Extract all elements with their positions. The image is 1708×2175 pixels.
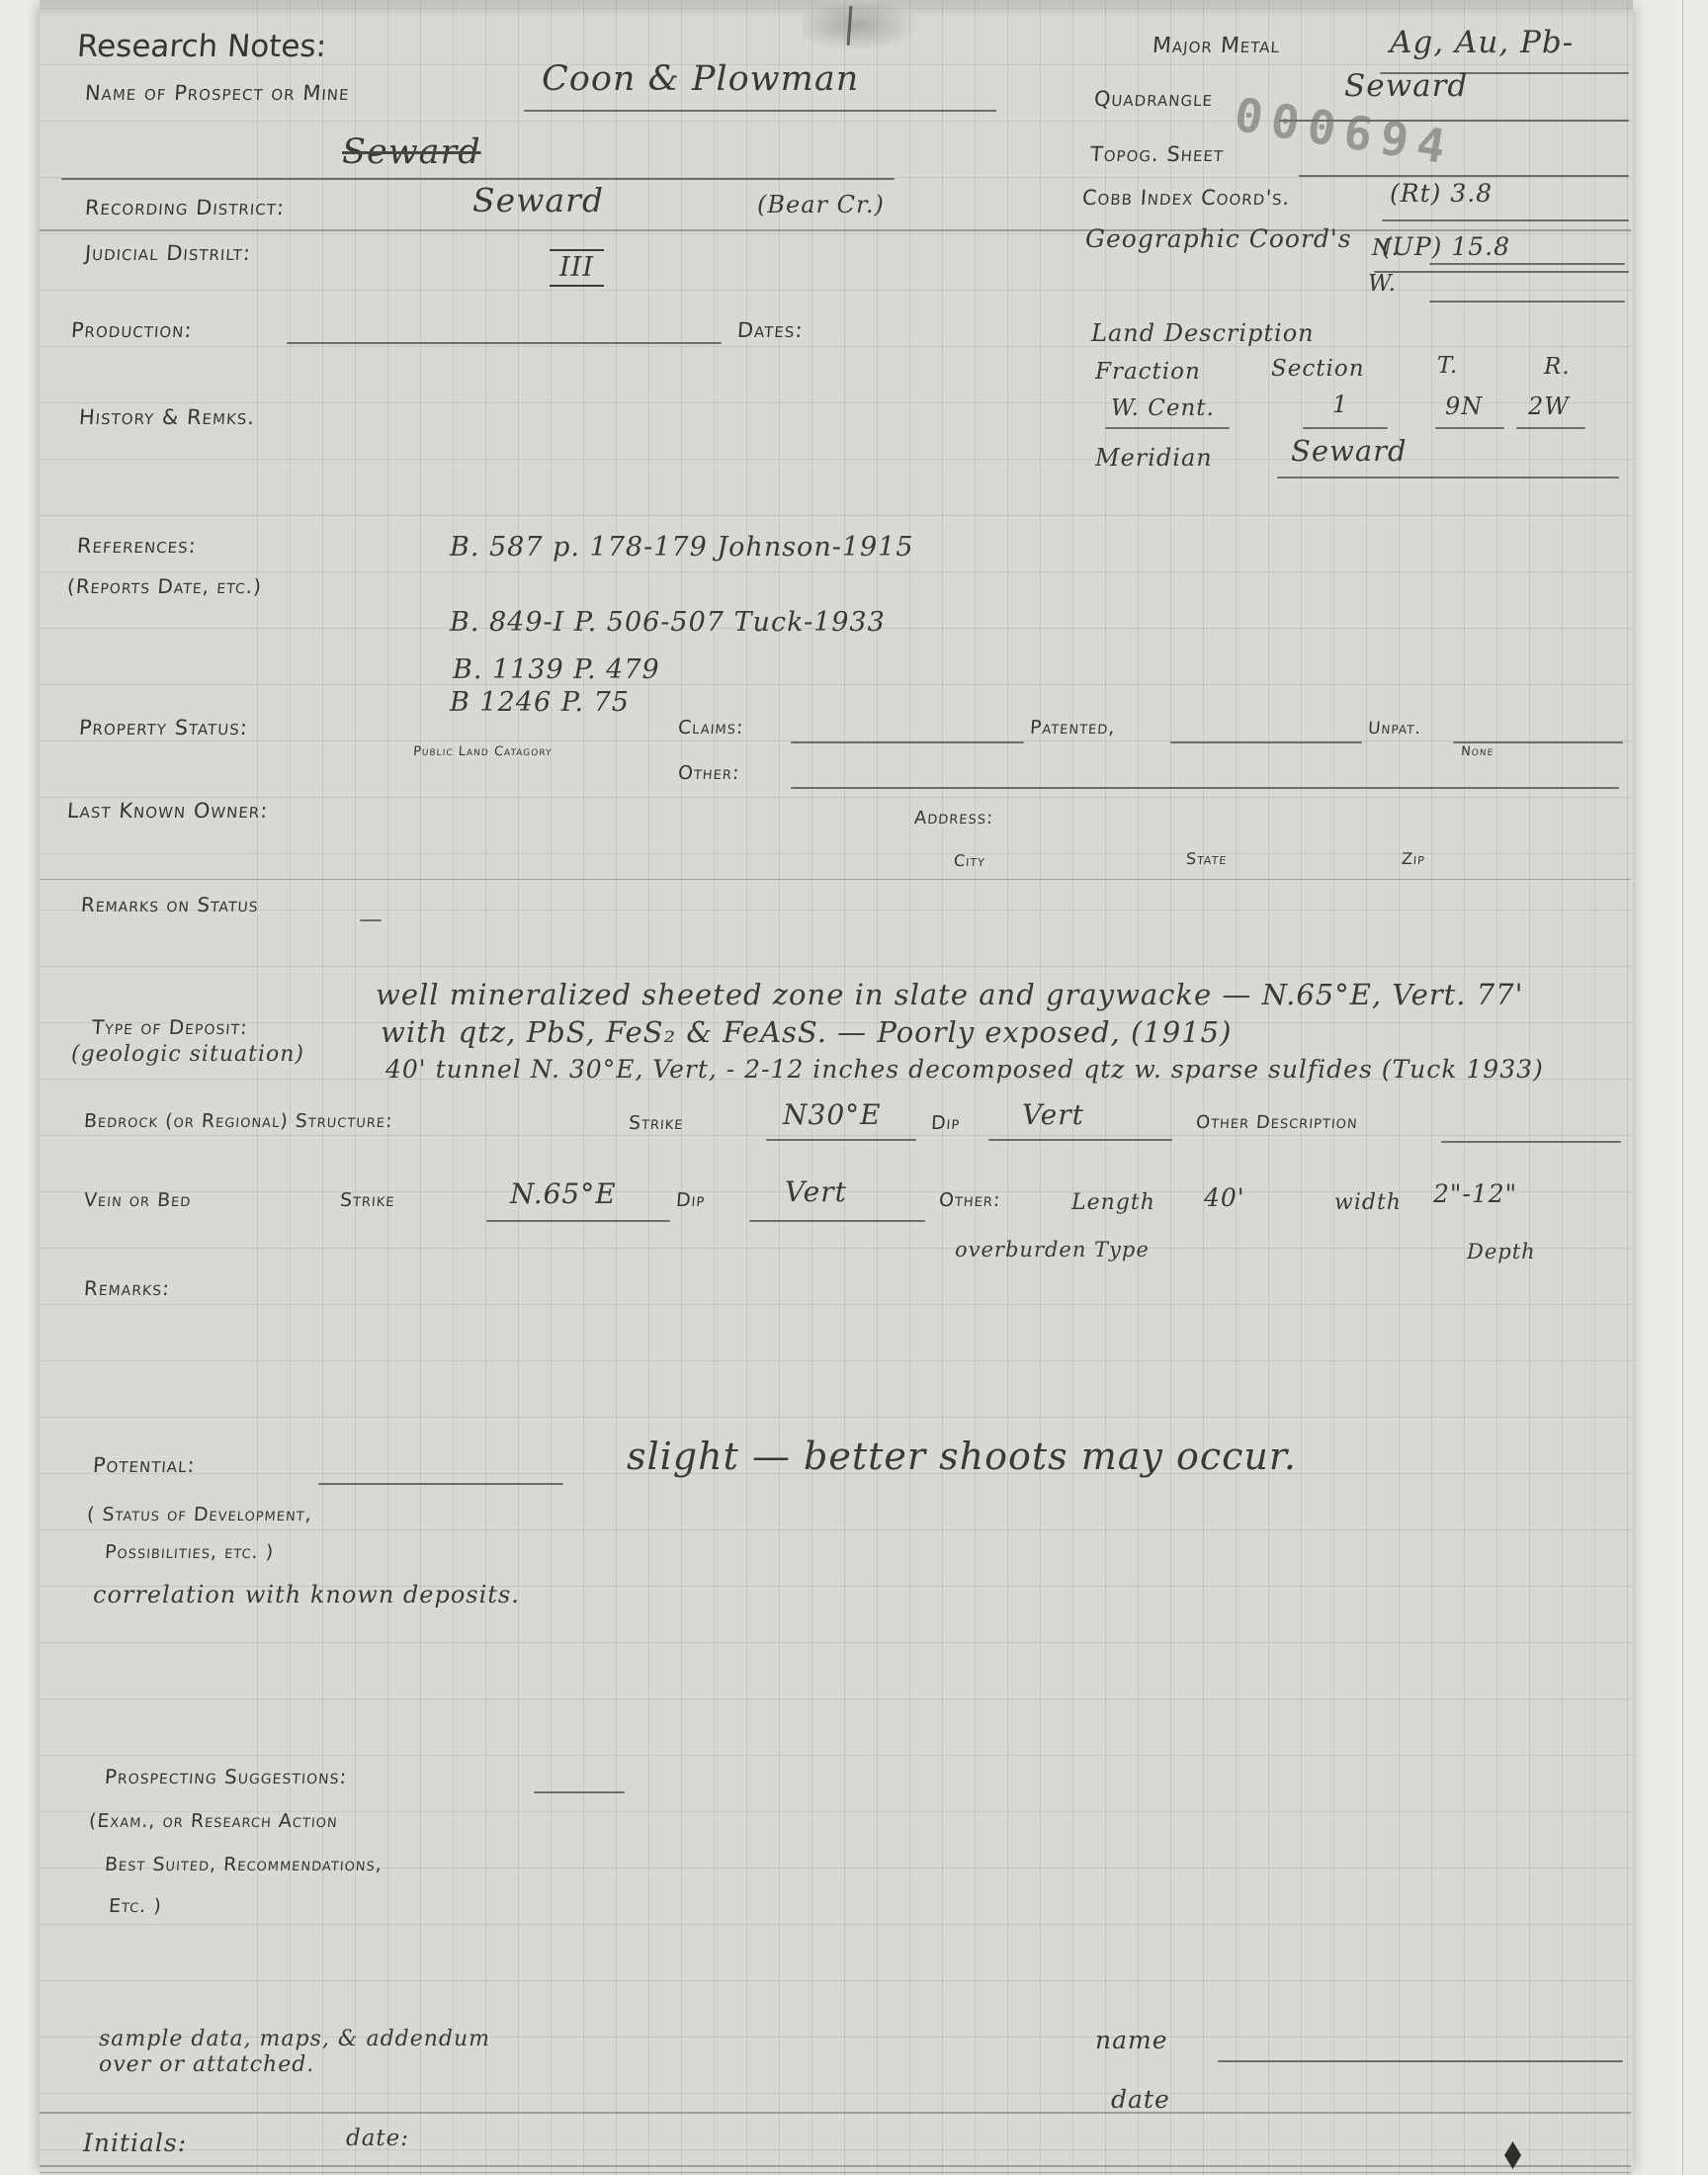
- footer-name-label: name: [1095, 2027, 1168, 2055]
- deposit-description-line3: 40' tunnel N. 30°E, Vert, - 2-12 inches …: [385, 1056, 1544, 1085]
- vein-other-label: Other:: [938, 1190, 1001, 1212]
- quadrangle-value: Seward: [1344, 69, 1468, 105]
- reference-item: B. 587 p. 178-179 Johnson-1915: [450, 532, 914, 563]
- state-label: State: [1185, 850, 1228, 868]
- range-label: R.: [1544, 354, 1571, 380]
- geo-w-line: [1429, 301, 1625, 303]
- potential-sub3: correlation with known deposits.: [93, 1582, 520, 1609]
- fraction-underline: [1105, 427, 1230, 429]
- grid-vertical-lines: [257, 0, 1631, 2175]
- length-label: Length: [1071, 1190, 1155, 1215]
- prospecting-sub1: (Exam., or Research Action: [88, 1811, 338, 1833]
- form-title: Research Notes:: [76, 30, 328, 65]
- cobb-index-rt-value: (Rt) 3.8: [1390, 180, 1493, 209]
- judicial-district-label: Judicial Distrilt:: [84, 241, 252, 265]
- city-label: City: [953, 852, 985, 870]
- address-label: Address:: [913, 809, 994, 829]
- potential-value: slight — better shoots may occur.: [627, 1435, 1297, 1479]
- range-value: 2W: [1528, 393, 1570, 421]
- bedrock-dip-label: Dip: [930, 1113, 961, 1135]
- vein-strike-underline: [486, 1220, 670, 1222]
- last-known-owner-label: Last Known Owner:: [66, 799, 269, 823]
- scanned-research-notes-form: Research Notes: Name of Prospect or Mine…: [0, 0, 1708, 2175]
- vein-strike-label: Strike: [339, 1190, 395, 1212]
- township-underline: [1435, 427, 1504, 429]
- range-underline: [1516, 427, 1585, 429]
- bedrock-strike-value: N30°E: [783, 1099, 882, 1131]
- geographic-coords-n: N.: [1372, 235, 1400, 261]
- vein-dip-label: Dip: [675, 1190, 706, 1212]
- width-label: width: [1334, 1190, 1402, 1215]
- bedrock-structure-label: Bedrock (or Regional) Structure:: [83, 1111, 393, 1133]
- width-value: 2"-12": [1433, 1180, 1517, 1209]
- property-status-label: Property Status:: [78, 716, 249, 739]
- ruled-line: [40, 879, 1631, 880]
- scanner-background-right: [1633, 0, 1708, 2175]
- footer-name-line: [1218, 2060, 1623, 2062]
- vein-dip-underline: [749, 1220, 925, 1222]
- initials-date-label: date:: [346, 2126, 409, 2151]
- geo-n-line: [1429, 263, 1625, 265]
- reference-item: B 1246 P. 75: [450, 687, 630, 718]
- production-line: [287, 342, 722, 344]
- other-line: [791, 787, 1619, 789]
- geographic-coords-w: W.: [1368, 271, 1397, 297]
- reference-item: B. 849-I P. 506-507 Tuck-1933: [450, 607, 886, 638]
- topog-sheet-label: Topog. Sheet: [1089, 142, 1225, 166]
- prospect-name-value: Coon & Plowman: [542, 59, 859, 99]
- claims-label: Claims:: [677, 718, 744, 739]
- ruled-line: [40, 2165, 1631, 2167]
- references-label: References:: [76, 534, 198, 558]
- other-label: Other:: [677, 763, 740, 785]
- potential-sub1: ( Status of Development,: [86, 1505, 312, 1526]
- ruled-line: [40, 229, 1631, 231]
- vein-strike-value: N.65°E: [510, 1178, 617, 1210]
- major-metal-value: Ag, Au, Pb-: [1390, 26, 1574, 61]
- bedrock-strike-underline: [766, 1139, 916, 1141]
- remarks-on-status-label: Remarks on Status: [80, 894, 259, 916]
- blank-line: [61, 178, 895, 180]
- patented-label: Patented,: [1029, 718, 1116, 739]
- references-sublabel: (Reports Date, etc.): [66, 575, 263, 598]
- judicial-district-value: III: [550, 249, 604, 287]
- meridian-value: Seward: [1291, 435, 1408, 468]
- pen-smudge: [803, 4, 921, 51]
- overburden-type-label: overburden Type: [955, 1238, 1150, 1261]
- other-description-label: Other Description: [1195, 1113, 1358, 1134]
- section-value: 1: [1332, 391, 1348, 419]
- vein-or-bed-label: Vein or Bed: [83, 1190, 192, 1212]
- sample-data-note-line1: sample data, maps, & addendum: [99, 2027, 490, 2051]
- land-description-title: Land Description: [1091, 320, 1315, 348]
- recording-district-note: (Bear Cr.): [757, 192, 885, 219]
- ruled-line: [40, 2172, 1631, 2173]
- type-of-deposit-sublabel: (geologic situation): [71, 1042, 304, 1067]
- bedrock-strike-label: Strike: [628, 1113, 684, 1135]
- recording-district-label: Recording District:: [84, 196, 286, 219]
- claims-line: [791, 741, 1024, 743]
- township-value: 9N: [1445, 393, 1483, 421]
- topog-sheet-underline: [1299, 175, 1629, 177]
- meridian-underline: [1277, 477, 1619, 478]
- deposit-description-line2: with qtz, PbS, FeS₂ & FeAsS. — Poorly ex…: [381, 1016, 1232, 1049]
- ruled-line: [40, 2112, 1631, 2114]
- potential-line: [318, 1483, 563, 1485]
- zip-label: Zip: [1401, 850, 1425, 868]
- patented-line: [1170, 741, 1362, 743]
- length-value: 40': [1204, 1184, 1245, 1213]
- scanner-background-left: [0, 0, 40, 2175]
- cobb-index-up-value: (UP) 15.8: [1382, 233, 1510, 262]
- fraction-value: W. Cent.: [1111, 395, 1215, 421]
- crossed-out-entry: Seward: [342, 132, 481, 172]
- public-land-catagory-label: Public Land Catagory: [412, 745, 552, 760]
- deposit-description-line1: well mineralized sheeted zone in slate a…: [376, 979, 1524, 1011]
- remarks-on-status-dash: [360, 919, 382, 921]
- meridian-label: Meridian: [1095, 445, 1213, 473]
- bedrock-dip-underline: [988, 1139, 1172, 1141]
- reference-item: B. 1139 P. 479: [453, 654, 660, 685]
- prospecting-sub2: Best Suited, Recommendations,: [104, 1855, 383, 1876]
- potential-label: Potential:: [92, 1453, 196, 1477]
- quadrangle-label: Quadrangle: [1093, 87, 1214, 111]
- geographic-coords-label: Geographic Coord's: [1085, 225, 1352, 254]
- prospecting-sub3: Etc. ): [108, 1896, 162, 1918]
- potential-sub2: Possibilities, etc. ): [104, 1542, 275, 1564]
- prospect-name-label: Name of Prospect or Mine: [84, 81, 350, 105]
- other-description-line: [1441, 1141, 1621, 1143]
- dates-label: Dates:: [736, 318, 804, 342]
- production-label: Production:: [70, 318, 193, 342]
- initials-label: Initials:: [83, 2130, 187, 2158]
- unpat-line: [1453, 741, 1623, 743]
- paper-sheet: [40, 0, 1633, 2175]
- section-label: Section: [1271, 356, 1365, 382]
- section-underline: [1303, 427, 1388, 429]
- prospecting-line: [534, 1791, 625, 1793]
- cobb-index-label: Cobb Index Coord's.: [1081, 186, 1291, 210]
- vein-dip-value: Vert: [785, 1176, 847, 1208]
- footer-date-label: date: [1111, 2086, 1170, 2115]
- remarks-label: Remarks:: [83, 1277, 171, 1300]
- sample-data-note-line2: over or attatched.: [99, 2052, 314, 2077]
- cobb-rt-underline: [1382, 219, 1629, 221]
- recording-district-value: Seward: [472, 182, 604, 219]
- township-label: T.: [1437, 353, 1458, 379]
- prospect-name-underline: [524, 110, 996, 112]
- cobb-up-underline: [1374, 271, 1629, 273]
- type-of-deposit-label: Type of Deposit:: [91, 1016, 248, 1039]
- history-label: History & Remks.: [78, 405, 256, 429]
- prospecting-suggestions-label: Prospecting Suggestions:: [104, 1766, 348, 1788]
- scanner-edge-line: [1682, 0, 1683, 2175]
- fraction-label: Fraction: [1095, 359, 1201, 385]
- unpat-label: Unpat.: [1367, 720, 1421, 739]
- depth-label: Depth: [1467, 1240, 1536, 1263]
- unpat-value: None: [1460, 745, 1494, 760]
- major-metal-label: Major Metal: [1152, 34, 1281, 58]
- bedrock-dip-value: Vert: [1022, 1099, 1084, 1131]
